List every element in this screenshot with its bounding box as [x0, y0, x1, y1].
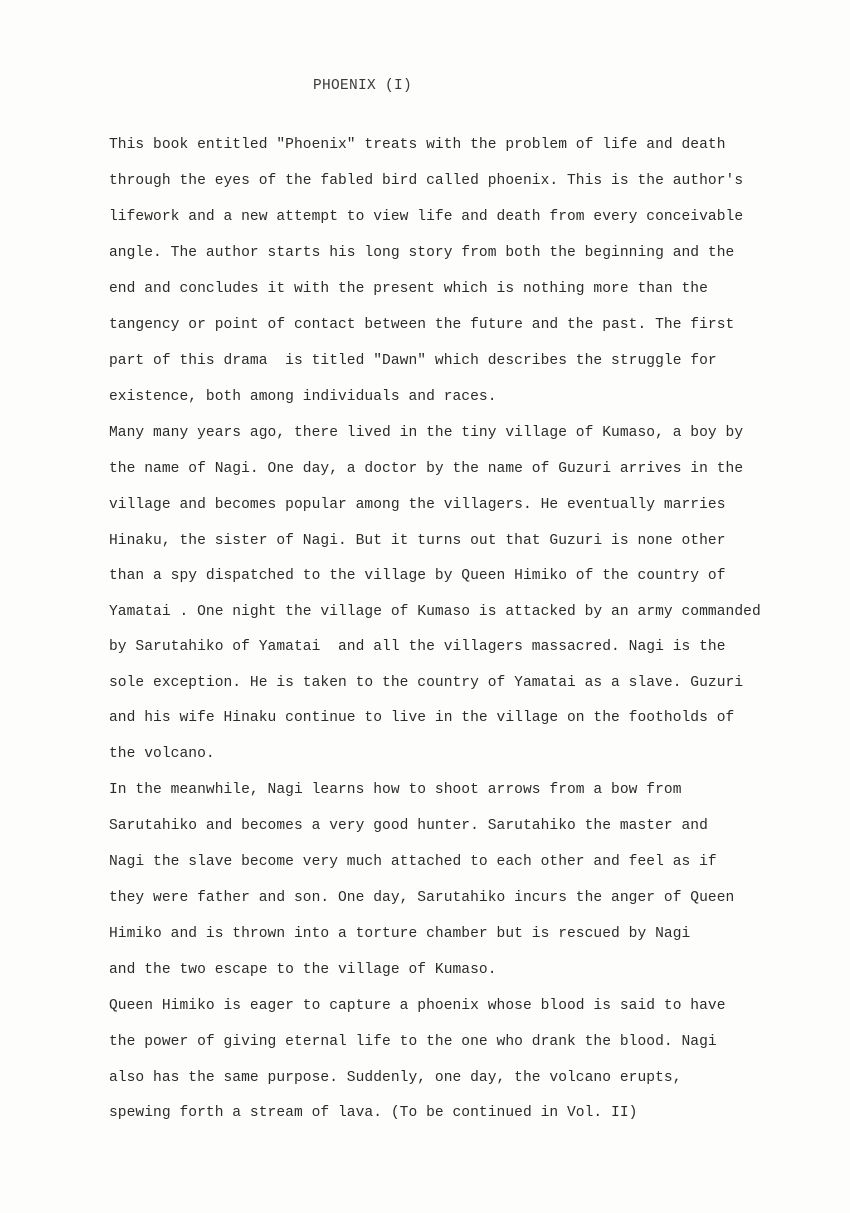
document-title: PHOENIX (I): [313, 78, 412, 94]
text-line: In the meanwhile, Nagi learns how to sho…: [109, 781, 682, 799]
text-line: the power of giving eternal life to the …: [109, 1033, 717, 1051]
typewritten-page: PHOENIX (I) This book entitled "Phoenix"…: [0, 0, 850, 1213]
text-line: Sarutahiko and becomes a very good hunte…: [109, 817, 708, 835]
text-line: sole exception. He is taken to the count…: [109, 674, 743, 692]
text-line: spewing forth a stream of lava. (To be c…: [109, 1104, 637, 1122]
text-line: Himiko and is thrown into a torture cham…: [109, 925, 690, 943]
text-line: Hinaku, the sister of Nagi. But it turns…: [109, 532, 726, 550]
text-line: Queen Himiko is eager to capture a phoen…: [109, 997, 726, 1015]
text-line: part of this drama is titled "Dawn" whic…: [109, 352, 717, 370]
text-line: they were father and son. One day, Sarut…: [109, 889, 734, 907]
text-line: through the eyes of the fabled bird call…: [109, 172, 743, 190]
text-line: tangency or point of contact between the…: [109, 316, 734, 334]
text-line: and his wife Hinaku continue to live in …: [109, 709, 734, 727]
text-line: Yamatai . One night the village of Kumas…: [109, 603, 761, 621]
text-line: the volcano.: [109, 745, 215, 763]
text-line: also has the same purpose. Suddenly, one…: [109, 1069, 682, 1087]
text-line: Many many years ago, there lived in the …: [109, 424, 743, 442]
text-line: existence, both among individuals and ra…: [109, 388, 497, 406]
text-line: lifework and a new attempt to view life …: [109, 208, 743, 226]
text-line: than a spy dispatched to the village by …: [109, 567, 726, 585]
text-line: by Sarutahiko of Yamatai and all the vil…: [109, 638, 726, 656]
text-line: village and becomes popular among the vi…: [109, 496, 726, 514]
text-line: This book entitled "Phoenix" treats with…: [109, 136, 726, 154]
text-line: Nagi the slave become very much attached…: [109, 853, 717, 871]
text-line: end and concludes it with the present wh…: [109, 280, 708, 298]
text-line: and the two escape to the village of Kum…: [109, 961, 497, 979]
text-line: the name of Nagi. One day, a doctor by t…: [109, 460, 743, 478]
text-line: angle. The author starts his long story …: [109, 244, 734, 262]
